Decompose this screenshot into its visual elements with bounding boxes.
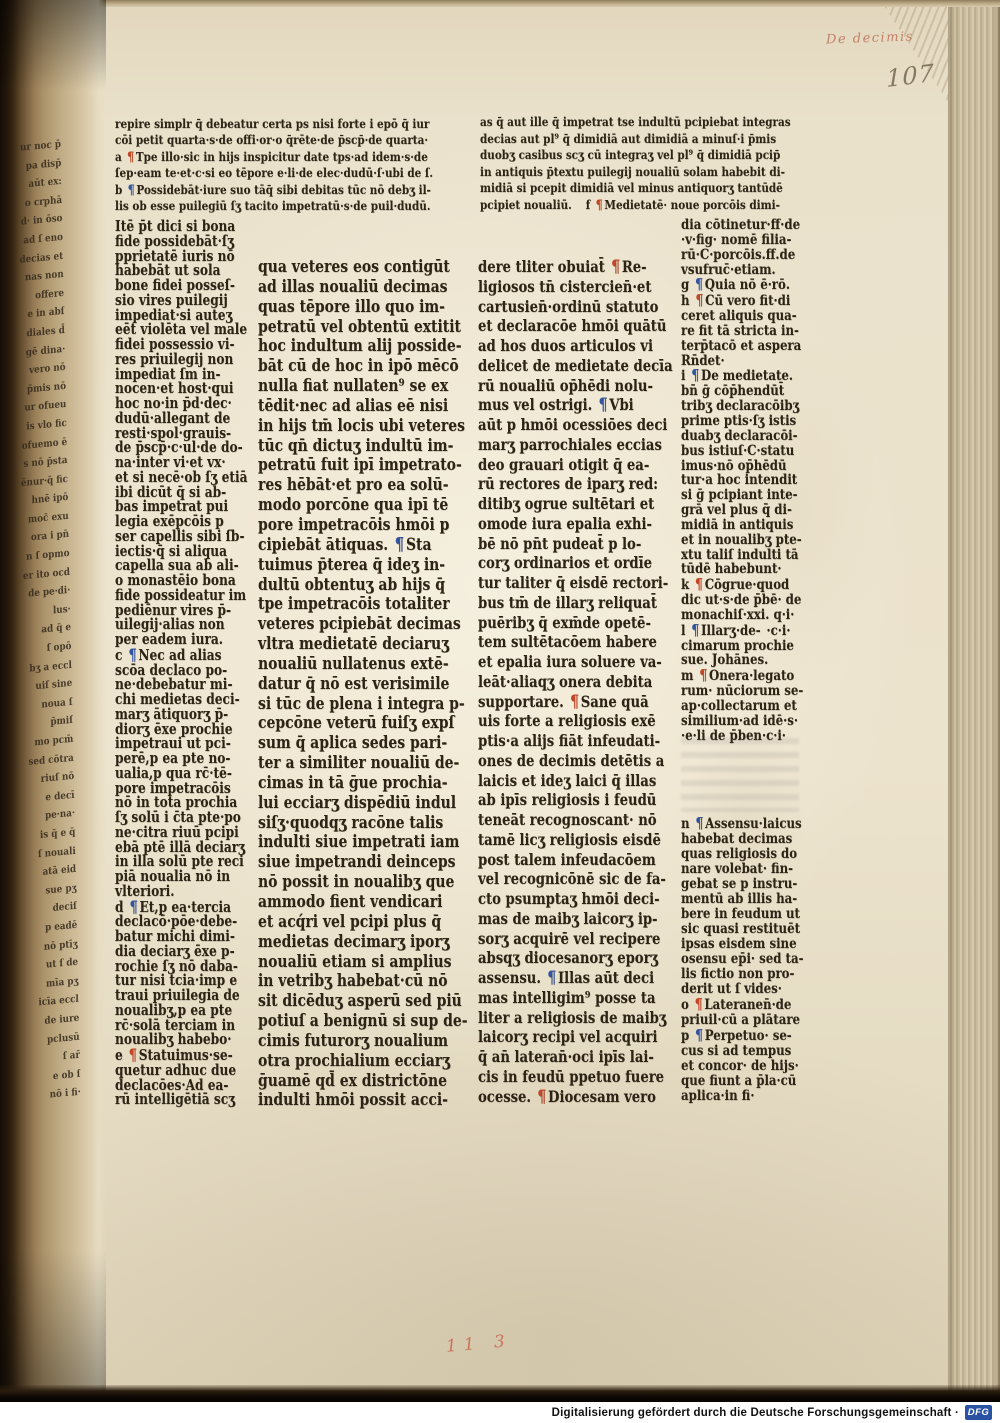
text-line: bāt cū de hoc in ipō mēcō [258, 356, 468, 376]
text-line: teneāt recognoscant· nō [478, 810, 673, 830]
text-line: noua ſ [6, 694, 73, 719]
text-column-main-left: qua veteres eos contigūtad illas noualiū… [258, 257, 468, 1110]
paragraph-mark-red: ¶ [693, 995, 704, 1013]
text-line: tur taliter q̄ eisdē rectori- [478, 573, 673, 593]
text-line: is q̄ e q̄ [8, 824, 75, 849]
text-line: bus istiuſ·C·statu [681, 444, 803, 459]
text-line: midiā si pcepit dimidiā vel minus antiqu… [480, 180, 791, 197]
text-line: bē nō pn̄t pudeat̄ p lo- [478, 534, 673, 554]
text-column-main-right: dere tliter obuiat̄ ¶Re-ligiosos tn̄ cis… [478, 257, 673, 1106]
text-line: prime ptis·ſʒ istis [681, 414, 803, 429]
paragraph-mark-blue: ¶ [597, 394, 609, 414]
text-line: et in noualibʒ pte- [681, 533, 803, 548]
dfg-logo: DFG [965, 1405, 992, 1420]
text-line: absqʒ diocesanorʒ eporʒ [478, 948, 673, 968]
text-line: tpe impetracōis totaliter [258, 594, 468, 614]
text-line: moc̄ exu [2, 508, 69, 533]
text-line: gebat se p instru- [681, 877, 803, 892]
text-line: hnē ipō [1, 489, 68, 514]
text-line: ditibʒ ogrue sultētari et [478, 494, 673, 514]
text-line: i ¶De medietate. [681, 368, 803, 384]
text-column-margin-right-upper: dia cōtinetur·ff·de·v·fig· nomē filia-rū… [681, 218, 803, 744]
text-line: cepcōne veterū fuiſʒ expſ [258, 713, 468, 733]
digitization-credit-text: Digitalisierung gefördert durch die Deut… [552, 1407, 959, 1419]
text-line: ſ ar̄ [13, 1047, 80, 1072]
text-line: nas non [0, 266, 64, 291]
text-line: imus·nō op̄hēdū [681, 459, 803, 474]
book-top-edge [90, 0, 1000, 7]
text-line: veteres pcipiebāt decimas [258, 614, 468, 634]
text-line: cipiebāt ātiquas. ¶Sta [258, 535, 468, 555]
text-line: dia cōtinetur·ff·de [681, 218, 803, 233]
text-column-margin-right-lower: n ¶Assensu·laicushabebat decimasquas rel… [681, 816, 803, 1104]
text-line: puēribʒ q̄ exm̄de opetē- [478, 613, 673, 633]
text-line: si ḡ pcipiant inte- [681, 488, 803, 503]
text-line: indulti siue impetrati iam [258, 832, 468, 852]
text-line: quas religiosis do [681, 847, 803, 862]
paragraph-mark-blue: ¶ [690, 621, 701, 639]
text-line: ones de decimis detētis a [478, 751, 673, 771]
text-line: mus vel ostrigi. ¶Vbi [478, 395, 673, 415]
text-line: hoc indultum alij posside- [258, 336, 468, 356]
text-line: marʒ parrochiales eccias [478, 435, 673, 455]
digitization-footer: Digitalisierung gefördert durch die Deut… [0, 1402, 1000, 1423]
text-line: rū noualiū op̄hēdi nolu- [478, 376, 673, 396]
text-line: xtu taliſ indulti tā [681, 548, 803, 563]
book-fore-edge [948, 0, 1000, 1400]
text-line: riuſ nō [7, 768, 74, 793]
text-line: h ¶Cū vero fit·di [681, 293, 803, 309]
text-line: cimarum prochie [681, 639, 803, 654]
text-line: potiuſ a benignū si sup de- [258, 1011, 468, 1031]
text-line: er ito ocd [3, 563, 70, 588]
text-block-top-right: as q̄ aut ille q̄ impetrat tse indultū p… [480, 114, 791, 213]
text-line: ur ofueu [0, 396, 67, 421]
handwritten-title-note: De decimis [826, 29, 914, 47]
text-line: ſ nouali [9, 842, 76, 867]
text-line: et concor· de hijs· [681, 1059, 803, 1074]
text-line: similium·ad idē·s· [681, 714, 803, 729]
text-line: pore impetracōis hmōi p [258, 515, 468, 535]
text-line: noualiū etiam si amplius [258, 952, 468, 972]
text-line: decias et [0, 247, 63, 272]
text-line: duobʒ casibus scʒ cū integraʒ vel pl⁹ q̄… [480, 147, 791, 164]
book-gutter-edge: ur noc p̄pa disp̄aūt ex:o crphād· in ōso… [0, 0, 106, 1400]
text-line: e decī [8, 787, 75, 812]
paragraph-mark-red: ¶ [698, 666, 709, 684]
paragraph-mark-red: ¶ [693, 575, 704, 593]
text-line: uiſ sine [5, 675, 72, 700]
paragraph-mark-red: ¶ [536, 1086, 548, 1106]
text-line: cto psumptaʒ hmōi deci- [478, 889, 673, 909]
text-line: p eadē [10, 917, 77, 942]
text-line: terp̄tacō et aspera [681, 339, 803, 354]
text-line: sum q̄ aplica sedes pari- [258, 733, 468, 753]
quire-mark: 11 3 [445, 1331, 512, 1357]
text-line: quas tēpore illo quo im- [258, 297, 468, 317]
text-line: tūc qn̄ dictuʒ indultū im- [258, 436, 468, 456]
text-line: ligiosos tn̄ cistercien̄·et [478, 277, 673, 297]
text-line: tēdit·nec ad alias eē nisi [258, 396, 468, 416]
text-line: modo porcōne qua ipī tē [258, 495, 468, 515]
text-line: dic ut·s·de p̄bē· de [681, 593, 803, 608]
text-line: q̄ an̄ lateran̄·oci ipīs lai- [478, 1047, 673, 1067]
text-line: ad ſ eno [0, 229, 63, 254]
paragraph-mark-blue: ¶ [693, 1026, 704, 1044]
text-line: decias aut pl⁹ q̄ dimidiā aut dimidiā a … [480, 131, 791, 148]
text-line: aūt ex: [0, 173, 62, 198]
text-line: midiā in antiquis [681, 518, 803, 533]
text-line: ptis·a alijs fiāt infeudati- [478, 731, 673, 751]
text-line: medietas decimarʒ iporʒ [258, 932, 468, 952]
text-line: dere tliter obuiat̄ ¶Re- [478, 257, 673, 277]
text-line: ur noc p̄ [0, 136, 61, 161]
text-line: de pe·di· [3, 582, 70, 607]
text-line: nō i fi· [14, 1084, 81, 1109]
text-line: mas intelligim⁹ posse ta [478, 988, 673, 1008]
text-line: mīa pʒ [12, 972, 79, 997]
text-line: o ¶Lateranen̄·de [681, 997, 803, 1013]
text-line: icīa eccl [12, 991, 79, 1016]
text-line: lui ecciarʒ dispēdiū indul [258, 793, 468, 813]
text-line: res hēbāt·et pro ea solū- [258, 475, 468, 495]
text-line: lus· [4, 601, 71, 626]
text-line: in hijs tm̄ locis ubi veteres [258, 416, 468, 436]
text-line: nō ptīʒ [11, 935, 78, 960]
text-line: lis fictio non pro- [681, 967, 803, 982]
text-line: delicet de medietate decīa [478, 356, 673, 376]
text-line: sed cōtra [7, 749, 74, 774]
text-line: duabʒ declaracōi- [681, 429, 803, 444]
text-line: otra prochialium ecciarʒ [258, 1051, 468, 1071]
text-line: corʒ ordinarios et ordīe [478, 553, 673, 573]
ink-showthrough [681, 738, 799, 812]
text-line: tur·a hoc intendit [681, 473, 803, 488]
paragraph-mark-blue: ¶ [126, 182, 137, 198]
text-line: ſep·eam te·et·c·si eo tēpore e·li·de ele… [115, 165, 433, 181]
text-line: sorʒ acquirē vel recipere [478, 929, 673, 949]
text-line: rū·C·porcōis.ff.de [681, 248, 803, 263]
text-block-top-left: repire simplr q̄ debeatur certa ps nisi … [115, 116, 433, 214]
text-line: pcipiet noualiū. f ¶Medietatē· noue porc… [480, 197, 791, 214]
text-line: si tūc de plena i integra p- [258, 694, 468, 714]
scan-root: { "page": { "folio_number": "107", "hand… [0, 0, 1000, 1423]
text-column-margin-left: Itē p̄t dici si bonafide possidebāt·ſʒpp… [115, 220, 248, 1108]
paragraph-mark-blue: ¶ [690, 366, 701, 384]
text-line: que fiunt a p̄la·cū [681, 1074, 803, 1089]
text-line: bere in feudum ut [681, 907, 803, 922]
text-line: petratū fuit ipī impetrato- [258, 455, 468, 475]
text-line: leāt·aliaqʒ onera debita [478, 672, 673, 692]
text-line: ap·collectarum et [681, 699, 803, 714]
text-line: pe·na· [8, 805, 75, 830]
text-line: nulla fiat nullaten⁹ se ex [258, 376, 468, 396]
text-line: mo pcm̄ [6, 731, 73, 756]
text-line: ad hos duos articulos vi [478, 336, 673, 356]
text-line: is vlo fic [0, 415, 67, 440]
text-line: l ¶Illarʒ·de- ·c·i· [681, 623, 803, 639]
text-line: ad illas noualiū decimas [258, 277, 468, 297]
text-line: sue pʒ [10, 880, 77, 905]
text-line: vltra medietatē deciaruʒ [258, 634, 468, 654]
text-line: o crphā [0, 192, 62, 217]
text-line: cus si ad tempus [681, 1044, 803, 1059]
text-line: atā eid [9, 861, 76, 886]
text-line: e in abſ [0, 303, 65, 328]
text-line: mas de maibʒ laicorʒ ip- [478, 909, 673, 929]
text-line: d· in ōso [0, 210, 63, 235]
text-line: in antiquis p̄textu puilegij noualiū sol… [480, 164, 791, 181]
book-bottom-edge [0, 1385, 1000, 1402]
paragraph-mark-red: ¶ [594, 197, 605, 213]
text-line: ammodo fient vendicari [258, 892, 468, 912]
text-line: e ob ſ [13, 1065, 80, 1090]
text-line: n ſ opmo [3, 545, 70, 570]
gutter-page-fragments: ur noc p̄pa disp̄aūt ex:o crphād· in ōso… [0, 136, 81, 1122]
manuscript-page: De decimis 107 repire simplr q̄ debeatur… [0, 0, 1000, 1400]
text-line: et epalia iura soluere va- [478, 652, 673, 672]
text-line: cimis futurorʒ noualium [258, 1031, 468, 1051]
text-line: cis in feudū ppetuo fuere [478, 1067, 673, 1087]
text-line: et acq́ri vel pcipi plus q̄ [258, 912, 468, 932]
text-line: a ¶Tpe illo·sic in hijs inspicitur date … [115, 149, 433, 165]
text-line: tem sultētacōem habere [478, 632, 673, 652]
text-line: mentū ab illis ha- [681, 892, 803, 907]
text-line: diales d̄ [0, 322, 65, 347]
text-line: repire simplr q̄ debeatur certa ps nisi … [115, 116, 433, 132]
text-line: ofuemo ē [0, 433, 67, 458]
text-line: nare volebat· fin- [681, 862, 803, 877]
text-line: ipsas eisdem sine [681, 937, 803, 952]
text-line: pa disp̄ [0, 155, 62, 180]
text-line: et declaracōe hmōi quātū [478, 316, 673, 336]
text-line: ſ opō [5, 638, 72, 663]
text-line: deciſ [10, 898, 77, 923]
paragraph-mark-blue: ¶ [546, 967, 558, 987]
text-line: dultū obtentuʒ ab hijs q̄ [258, 575, 468, 595]
text-line: omode iura epalia exhi- [478, 514, 673, 534]
text-line: offere [0, 285, 64, 310]
text-line: p̄miſ [6, 712, 73, 737]
text-line: ad q̄ e [4, 619, 71, 644]
text-line: b ¶Possidebāt·iure suo tāq̄ sibi debitas… [115, 182, 433, 198]
paragraph-mark-red: ¶ [568, 691, 580, 711]
text-line: bus tm̄ de illarʒ reliquat̄ [478, 593, 673, 613]
text-line: uis forte a religiosis exē [478, 711, 673, 731]
text-line: p̄mis nō [0, 378, 66, 403]
text-line: lis ob esse puilegiū ſʒ tacito impetratū… [115, 198, 433, 214]
text-line: rū intelligētiā scʒ [115, 1093, 248, 1108]
text-line: sic quasi restituēt [681, 922, 803, 937]
text-line: datur q̄ nō est verisimile [258, 674, 468, 694]
text-line: p ¶Perpetuo· se- [681, 1028, 803, 1044]
text-line: pclusū [13, 1028, 80, 1053]
paragraph-mark-blue: ¶ [393, 534, 406, 555]
text-line: cōi petit quarta·s·de offi·or·o q̄rēte·d… [115, 132, 433, 148]
text-line: s nō p̄sta [1, 452, 68, 477]
text-line: tamē licʒ religiosis eisdē [478, 830, 673, 850]
text-line: ḡuamē qd̄ ex districtōne [258, 1071, 468, 1091]
text-line: bn̄ ḡ cōp̄hendūt̄ [681, 384, 803, 399]
text-line: aplica·in fi· [681, 1089, 803, 1104]
text-line: ēnur·q̄ fic [1, 471, 68, 496]
text-line: osensu ep̄i· sed ta- [681, 952, 803, 967]
text-line: in vetribʒ habebat·cū nō [258, 971, 468, 991]
text-line: siue impetrandi deinceps [258, 852, 468, 872]
text-line: tribʒ declaracōibʒ [681, 399, 803, 414]
text-line: as q̄ aut ille q̄ impetrat tse indultū p… [480, 114, 791, 131]
text-line: ora i pn̄ [2, 526, 69, 551]
text-line: indulti hmōi possit acci- [258, 1090, 468, 1110]
text-line: laicorʒ recipi vel acquiri [478, 1027, 673, 1047]
paragraph-mark-red: ¶ [125, 149, 136, 165]
text-line: bʒ a eccl [5, 656, 72, 681]
text-line: de iure [12, 1010, 79, 1035]
text-line: vero nō [0, 359, 66, 384]
text-line: cimas in tā ḡue prochia- [258, 773, 468, 793]
text-line: assensu. ¶Illas aūt deci [478, 968, 673, 988]
text-line: gē dina· [0, 340, 65, 365]
text-line: rū rectores de iparʒ red: [478, 474, 673, 494]
text-line: ceret aliquis qua- [681, 309, 803, 324]
paragraph-mark-blue: ¶ [694, 814, 705, 832]
text-line: grā vel plus q̄ di- [681, 503, 803, 518]
text-line: ocesse. ¶Diocesam vero [478, 1087, 673, 1107]
text-line: noualiū nullatenus extē- [258, 654, 468, 674]
text-line: vel recognicōnē sic de fa- [478, 869, 673, 889]
text-line: nō possit in noualibʒ que [258, 872, 468, 892]
paragraph-mark-red: ¶ [694, 291, 705, 309]
text-line: deo grauari otigit q̄ ea- [478, 455, 673, 475]
paragraph-mark-red: ¶ [609, 256, 621, 276]
paragraph-mark-blue: ¶ [127, 645, 139, 664]
text-line: aūt p hmōi ocessiōes deci [478, 415, 673, 435]
text-line: sit dicēduʒ asperū sed piū [258, 991, 468, 1011]
text-line: n ¶Assensu·laicus [681, 816, 803, 832]
text-line: k ¶Cōgrue·quod [681, 577, 803, 593]
text-line: petratū vel obtentū extitit [258, 317, 468, 337]
text-line: tuimus p̄terea q̄ ideʒ in- [258, 555, 468, 575]
text-line: siſʒ·quodqʒ racōne talis [258, 813, 468, 833]
text-line: ab ipīs religiosis i feudū [478, 790, 673, 810]
text-line: laicis et ideʒ laici q̄ illas [478, 771, 673, 791]
text-line: m ¶Onera·legato [681, 668, 803, 684]
text-line: cartusien̄·ordinū statuto [478, 297, 673, 317]
text-line: supportare. ¶Sane quā [478, 692, 673, 712]
text-line: ut ſ de [11, 954, 78, 979]
text-line: ter a similiter noualiū de- [258, 753, 468, 773]
text-line: post talem infeudacōem [478, 850, 673, 870]
text-line: re fit tā stricta in- [681, 324, 803, 339]
text-line: rum· nūciorum se- [681, 684, 803, 699]
text-line: qua veteres eos contigūt [258, 257, 468, 277]
text-line: liter a religiosis de maibʒ [478, 1008, 673, 1028]
text-line: ·v·fig· nomē filia- [681, 233, 803, 248]
text-line: habebat decimas [681, 832, 803, 847]
